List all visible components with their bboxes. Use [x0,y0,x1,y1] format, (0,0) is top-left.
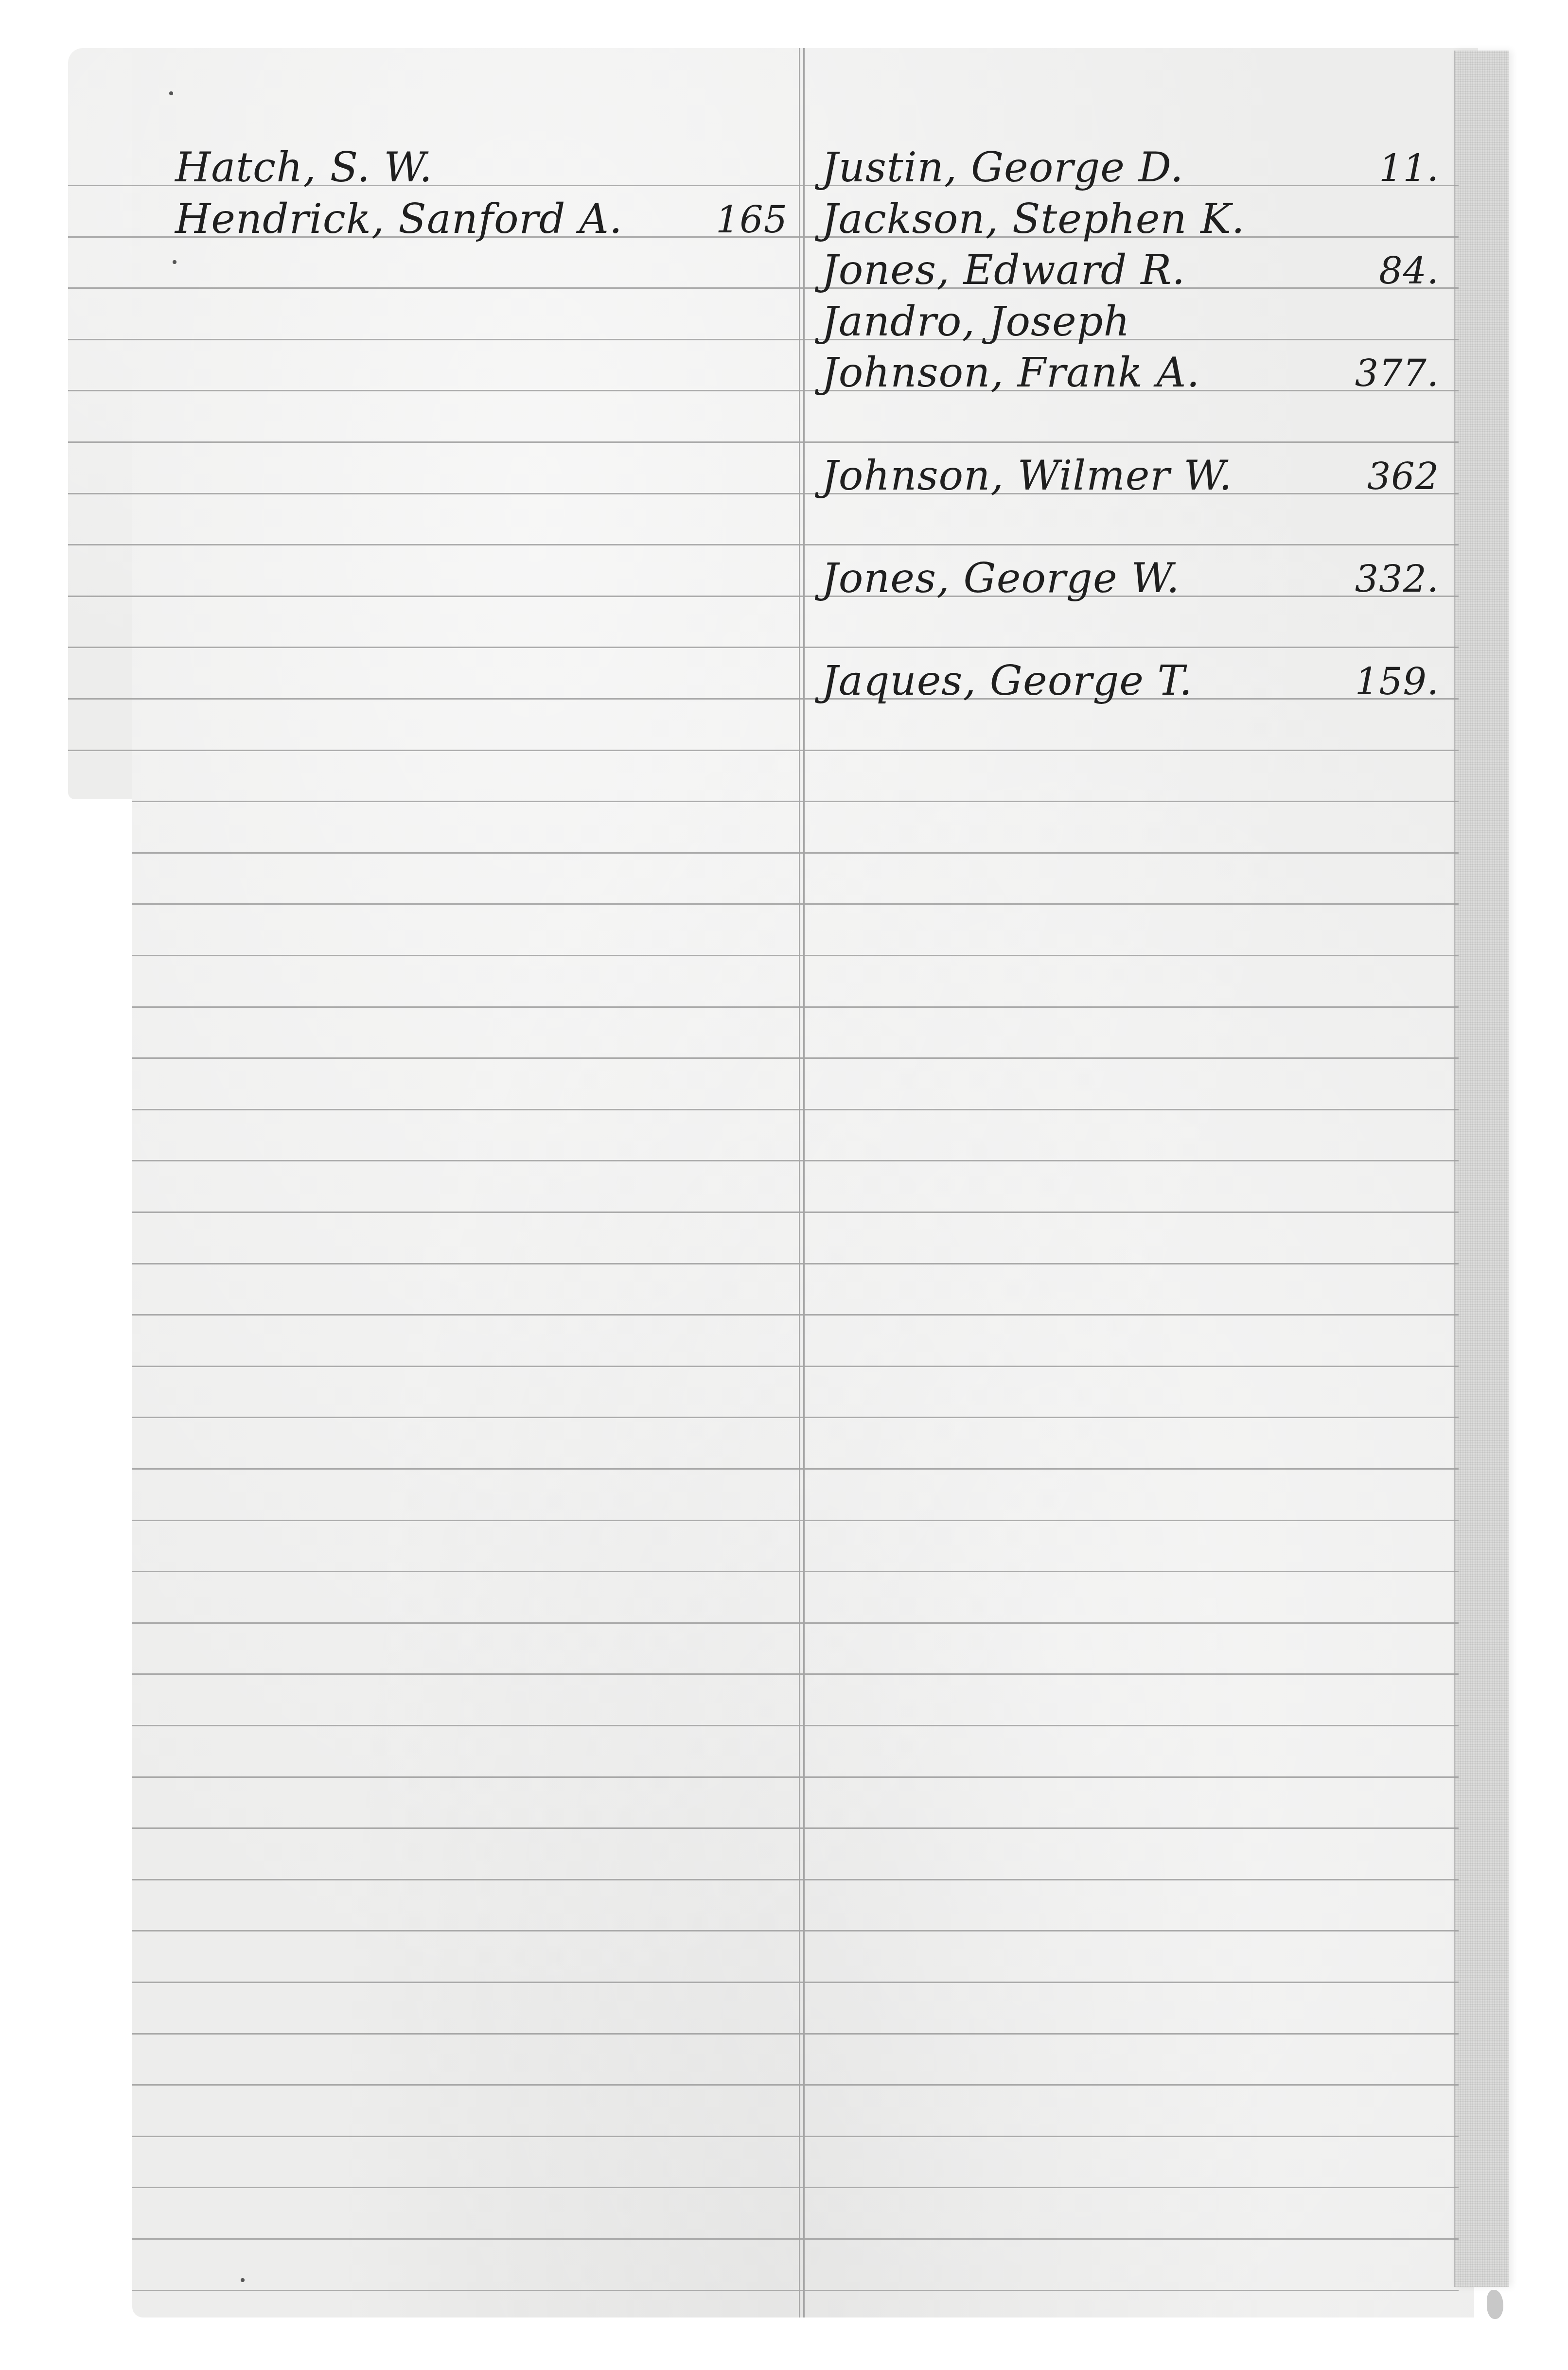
ruled-line [132,1417,1459,1418]
index-entry-name: Jones, George W. [822,558,1180,598]
index-entry-name: Johnson, Frank A. [822,352,1200,393]
ruled-line [132,1109,1459,1110]
ruled-line [68,750,1459,751]
ruled-line [132,801,1459,802]
index-entry-page-number: 377. [1313,355,1439,392]
ruled-line [132,2136,1459,2137]
ruled-line [132,1571,1459,1572]
ruled-line [132,1776,1459,1778]
scanned-ledger-page: Hatch, S. W.Hendrick, Sanford A.165 Just… [0,0,1568,2370]
ruled-line [132,2238,1459,2240]
index-entry-page-number: 159. [1313,663,1439,700]
ruled-line [132,2187,1459,2188]
ruled-line [132,1211,1459,1213]
ruled-line [132,1725,1459,1726]
cloth-binding-strip [1454,51,1509,2287]
ruled-line [132,955,1459,956]
index-entry-page-number: 332. [1313,561,1439,597]
ruled-line [132,1879,1459,1880]
index-entry-page-number: 362 [1313,458,1439,495]
index-entry-name: Hendrick, Sanford A. [175,198,623,239]
ruled-line [68,287,1459,289]
index-entry-page-number: 11. [1313,150,1439,187]
ruled-line [132,2290,1459,2291]
ruled-line [132,1366,1459,1367]
ruled-line [132,1314,1459,1316]
ruled-line [132,1057,1459,1059]
ruled-line [68,390,1459,391]
ruled-line [132,1160,1459,1161]
ruled-line [132,1930,1459,1931]
index-entry-name: Jandro, Joseph [822,301,1130,342]
ink-speck [169,91,173,95]
index-entry-page-number: 165 [661,201,788,238]
index-entry-name: Justin, George D. [822,147,1184,188]
ruled-line [68,596,1459,597]
ruled-line [132,2084,1459,2086]
ruled-line [68,339,1459,340]
ruled-line [68,544,1459,545]
index-entry-page-number: 84. [1313,252,1439,289]
index-entry-name: Jones, Edward R. [822,249,1185,290]
column-divider-line [799,48,800,2317]
index-entry-name: Jackson, Stephen K. [822,198,1245,239]
ruled-line [132,1006,1459,1008]
ruled-line [132,1520,1459,1521]
ruled-line [132,852,1459,854]
torn-corner [1487,2290,1503,2319]
ruled-line [68,493,1459,494]
ruled-line [68,698,1459,700]
ruled-line [132,1673,1459,1675]
ruled-line [132,1827,1459,1829]
index-entry-name: Johnson, Wilmer W. [822,455,1233,496]
ink-speck [241,2278,245,2282]
column-divider-line-inner [803,48,805,2317]
ruled-line [132,1982,1459,1983]
index-entry-name: Hatch, S. W. [175,147,433,188]
ruled-line [132,1263,1459,1264]
ruled-line [68,441,1459,443]
ruled-line [132,1468,1459,1470]
index-entry-name: Jaques, George T. [822,660,1193,701]
ink-speck [173,260,176,264]
ruled-line [68,647,1459,648]
ruled-line [132,2033,1459,2035]
ruled-line [132,903,1459,905]
ruled-line [132,1622,1459,1624]
